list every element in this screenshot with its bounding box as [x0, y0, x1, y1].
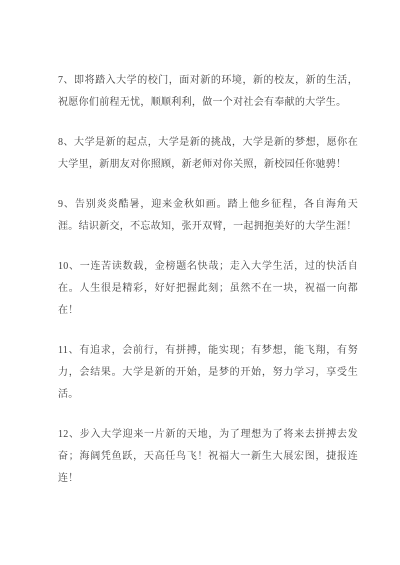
- paragraph-10: 10、一连苦读数载，金榜题名快哉；走入大学生活，过的快活自在。人生很是精彩，好好…: [58, 256, 358, 322]
- article-body: 7、即将踏入大学的校门，面对新的环境，新的校友，新的生活，祝愿你们前程无忧，顺顺…: [58, 70, 358, 490]
- paragraph-12: 12、步入大学迎来一片新的天地，为了理想为了将来去拼搏去发奋；海阔凭鱼跃，天高任…: [58, 424, 358, 490]
- paragraph-9: 9、告别炎炎酷暑，迎来金秋如画。踏上他乡征程，各自海角天涯。结识新交，不忘故知，…: [58, 194, 358, 238]
- document-page: 7、即将踏入大学的校门，面对新的环境，新的校友，新的生活，祝愿你们前程无忧，顺顺…: [0, 0, 400, 565]
- paragraph-7: 7、即将踏入大学的校门，面对新的环境，新的校友，新的生活，祝愿你们前程无忧，顺顺…: [58, 70, 358, 114]
- paragraph-11: 11、有追求，会前行，有拼搏，能实现；有梦想，能飞翔，有努力，会结果。大学是新的…: [58, 340, 358, 406]
- paragraph-8: 8、大学是新的起点，大学是新的挑战，大学是新的梦想，愿你在大学里，新朋友对你照顾…: [58, 132, 358, 176]
